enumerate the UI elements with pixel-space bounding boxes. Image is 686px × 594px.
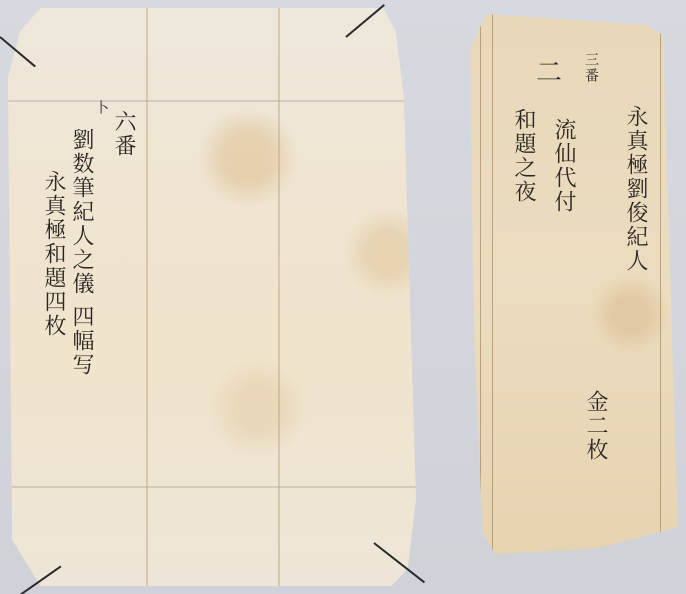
fold-edge: [492, 14, 493, 554]
right-document: [470, 14, 680, 554]
fold-line: [278, 8, 280, 586]
right-column-3: 和題之夜: [512, 108, 534, 204]
left-column-2: 卜: [94, 100, 108, 116]
right-column-header: 三番: [584, 52, 598, 84]
left-column-4: 永真極和題四枚: [42, 170, 64, 338]
fold-edge: [480, 14, 481, 554]
fold-line: [8, 486, 416, 488]
left-column-3: 劉数筆紀人之儀 四幅写: [70, 128, 92, 377]
right-number-mark: 二: [536, 60, 564, 86]
right-column-amount: 金二枚: [584, 390, 606, 462]
right-column-2: 流仙代付: [552, 118, 574, 214]
fold-line: [8, 100, 416, 102]
right-column-1: 永真極劉俊紀人: [624, 105, 646, 273]
fold-edge: [660, 14, 661, 554]
left-column-1: 六番: [112, 110, 134, 158]
fold-line: [146, 8, 148, 586]
